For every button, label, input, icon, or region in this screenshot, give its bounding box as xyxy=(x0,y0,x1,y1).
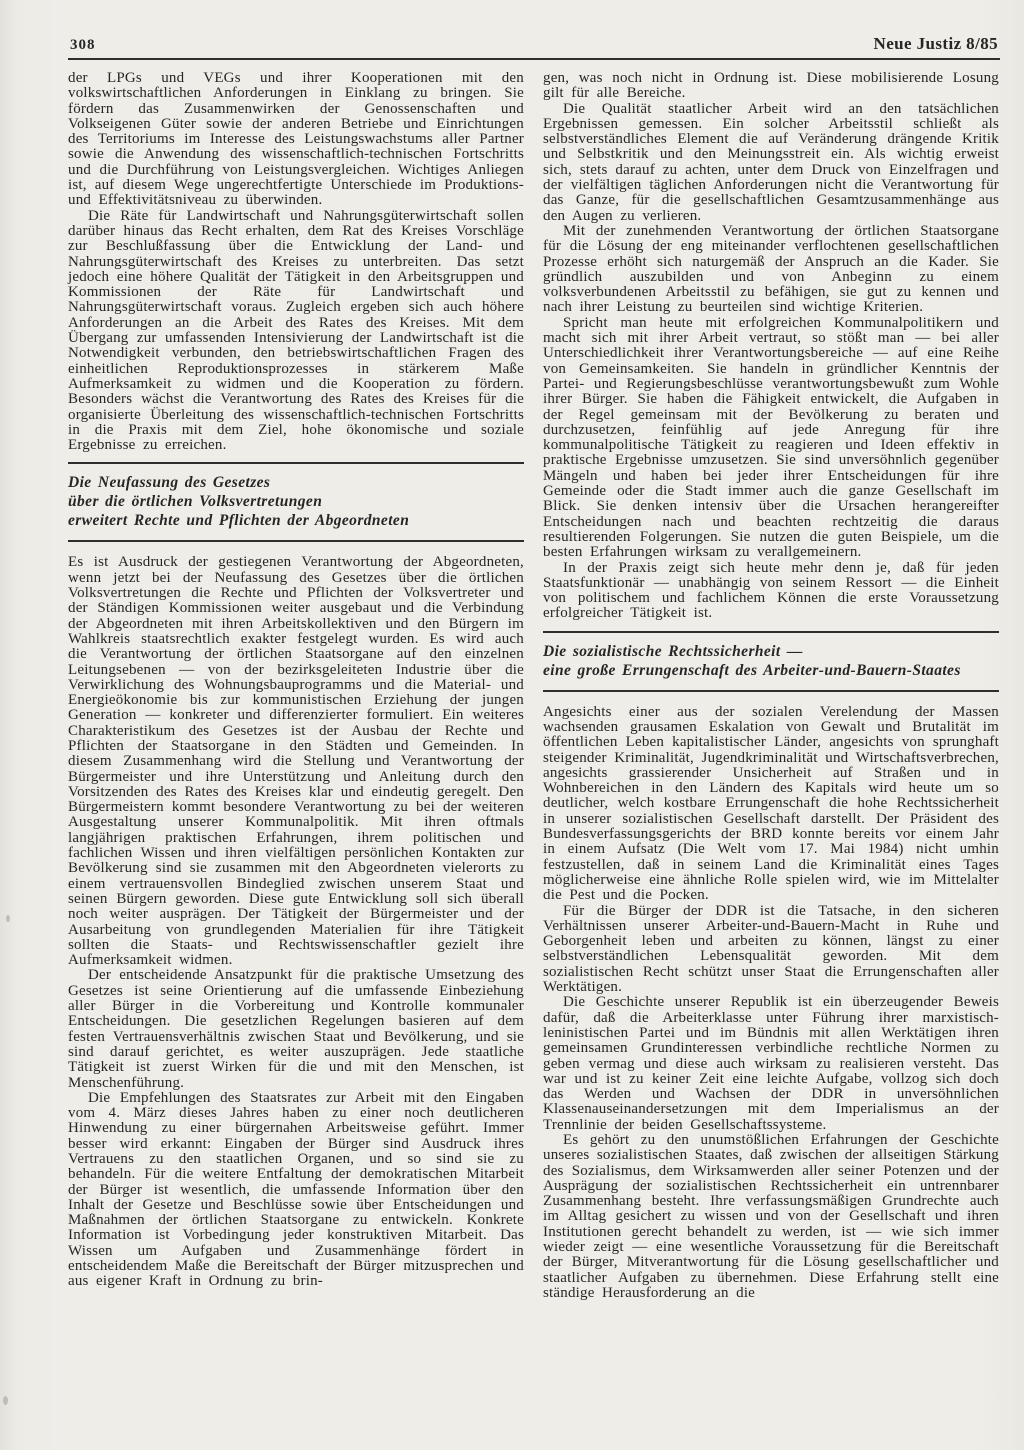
paragraph: Die Geschichte unserer Republik ist ein … xyxy=(543,995,999,1133)
section-heading-line: eine große Errungenschaft des Arbeiter-u… xyxy=(543,661,999,680)
paragraph: Mit der zunehmenden Verantwortung der ör… xyxy=(543,224,999,316)
section-heading-neufassung: Die Neufassung des Gesetzes über die ört… xyxy=(68,462,524,542)
section-heading-line: über die örtlichen Volksvertretungen xyxy=(68,492,524,511)
right-column: gen, was noch nicht in Ordnung ist. Dies… xyxy=(543,71,999,1301)
paragraph: Die Räte für Landwirtschaft und Nahrungs… xyxy=(68,209,524,454)
section-heading-line: Die sozialistische Rechtssicherheit — xyxy=(543,642,999,661)
section-heading-line: Die Neufassung des Gesetzes xyxy=(68,473,524,492)
page-content: 308 Neue Justiz 8/85 der LPGs und VEGs u… xyxy=(68,34,1000,1301)
paragraph: gen, was noch nicht in Ordnung ist. Dies… xyxy=(543,71,999,102)
paragraph: Die Qualität staatlicher Arbeit wird an … xyxy=(543,102,999,224)
page-number: 308 xyxy=(70,37,96,54)
paragraph: der LPGs und VEGs und ihrer Kooperatione… xyxy=(68,71,524,209)
paragraph: Es ist Ausdruck der gestiegenen Verantwo… xyxy=(68,555,524,968)
section-heading-line: erweitert Rechte und Pflichten der Abgeo… xyxy=(68,511,524,530)
paragraph: Die Empfehlungen des Staatsrates zur Arb… xyxy=(68,1091,524,1290)
journal-title: Neue Justiz 8/85 xyxy=(874,34,998,54)
left-column: der LPGs und VEGs und ihrer Kooperatione… xyxy=(68,71,524,1301)
page-header: 308 Neue Justiz 8/85 xyxy=(68,34,1000,58)
paragraph: Spricht man heute mit erfolgreichen Komm… xyxy=(543,316,999,561)
section-heading-rechtssicherheit: Die sozialistische Rechtssicherheit — ei… xyxy=(543,631,999,692)
scan-speckle xyxy=(6,915,10,922)
paragraph: In der Praxis zeigt sich heute mehr denn… xyxy=(543,561,999,622)
header-rule xyxy=(68,58,1000,60)
paragraph: Es gehört zu den unumstößlichen Erfahrun… xyxy=(543,1133,999,1301)
scan-speckle xyxy=(3,1396,8,1405)
paragraph: Angesichts einer aus der sozialen Verele… xyxy=(543,705,999,904)
paragraph: Für die Bürger der DDR ist die Tatsache,… xyxy=(543,904,999,996)
paragraph: Der entscheidende Ansatzpunkt für die pr… xyxy=(68,968,524,1090)
text-columns: der LPGs und VEGs und ihrer Kooperatione… xyxy=(68,71,1000,1301)
journal-page: 308 Neue Justiz 8/85 der LPGs und VEGs u… xyxy=(0,0,1024,1450)
